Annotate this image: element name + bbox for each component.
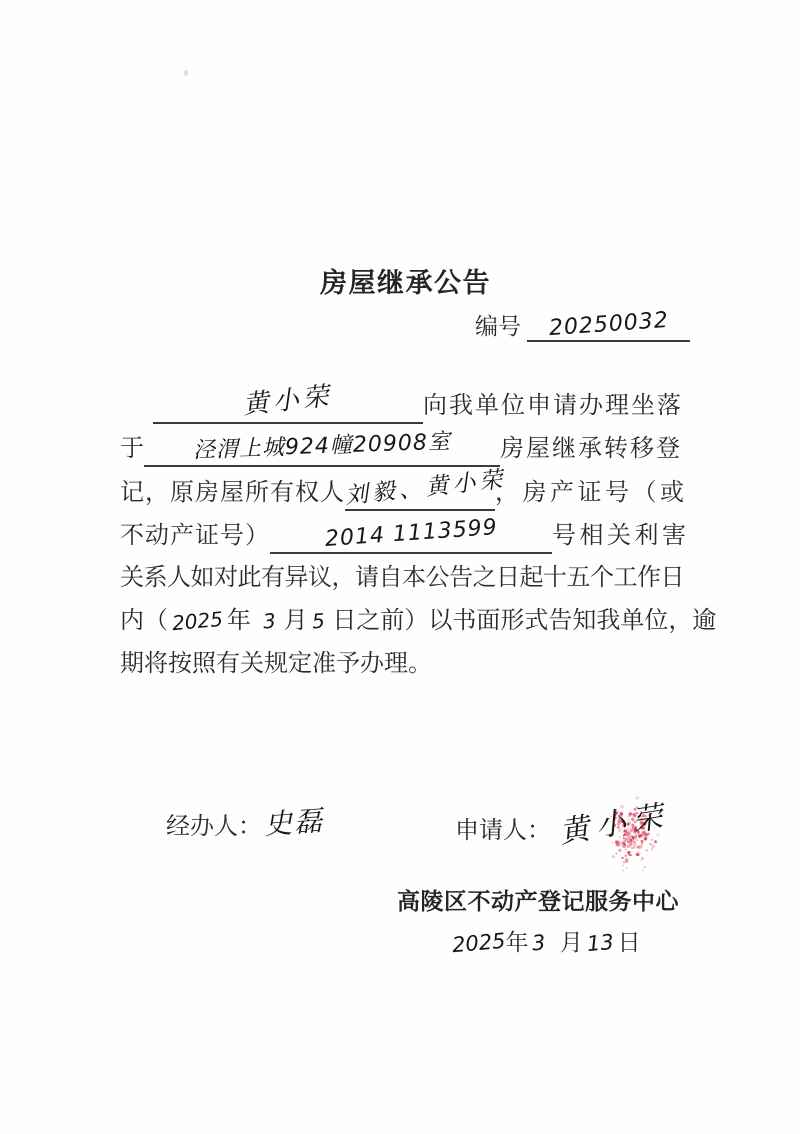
deadline-day-handwritten: 5 <box>310 603 326 640</box>
handler-signature-handwritten: 史磊 <box>263 799 326 843</box>
applicant-name-handwritten: 黄小荣 <box>241 378 334 423</box>
issue-month-label: 月 <box>560 929 583 955</box>
applicant-signature-handwritten: 黄小荣 <box>556 791 673 852</box>
body-line-4-suffix: 号相关利害 <box>552 522 690 549</box>
body-line-5: 关系人如对此有异议，请自本公告之日起十五个工作日 <box>120 560 684 596</box>
issue-month-handwritten: 3 <box>531 926 547 959</box>
deadline-month-label: 月 <box>284 607 308 634</box>
scanned-document-page: 房屋继承公告 编号 20250032 黄小荣向我单位申请办理坐落 于泾渭上城92… <box>0 0 800 1134</box>
handler-label: 经办人： <box>166 813 262 840</box>
issue-day-label: 日 <box>618 929 641 955</box>
owners-handwritten: 刘毅、黄小荣 <box>343 462 508 515</box>
deadline-year-handwritten: 2025 <box>171 601 225 641</box>
address-underline: 泾渭上城924幢20908室 <box>144 429 500 467</box>
body-line-3: 记，原房屋所有权人刘毅、黄小荣，房产证号（或 <box>120 473 688 509</box>
body-line-7: 期将按照有关规定准予办理。 <box>120 646 432 682</box>
body-line-6-suffix: 日之前）以书面形式告知我单位，逾 <box>332 607 716 634</box>
deadline-month-handwritten: 3 <box>261 603 277 640</box>
body-line-6-prefix: 内（ <box>120 607 168 634</box>
issue-year-label: 年 <box>505 929 528 955</box>
applicant-name-underline: 黄小荣 <box>153 386 423 424</box>
body-line-2-text: 房屋继承转移登 <box>500 435 682 462</box>
scan-artifact-speck <box>184 70 188 76</box>
body-line-4: 不动产证号）2014 1113599号相关利害 <box>120 516 690 552</box>
body-line-4-prefix: 不动产证号） <box>120 522 270 549</box>
number-underline: 20250032 <box>527 308 690 342</box>
owners-underline: 刘毅、黄小荣 <box>345 473 495 511</box>
body-line-3-suffix: ，房产证号（或 <box>495 479 688 506</box>
deadline-year-label: 年 <box>227 607 251 634</box>
body-line-2: 于泾渭上城924幢20908室房屋继承转移登 <box>120 429 682 465</box>
applicant-signature-row: 申请人：黄小荣 <box>455 803 670 847</box>
number-value-handwritten: 20250032 <box>548 305 670 345</box>
body-line-2-prefix: 于 <box>120 435 144 462</box>
document-title: 房屋继承公告 <box>320 261 491 300</box>
cert-number-handwritten: 2014 1113599 <box>323 510 498 558</box>
issue-day-handwritten: 13 <box>585 926 614 960</box>
address-handwritten: 泾渭上城924幢20908室 <box>192 425 451 470</box>
issue-year-handwritten: 2025 <box>451 925 507 962</box>
number-label: 编号 <box>475 313 521 339</box>
body-line-3-prefix: 记，原房屋所有权人 <box>120 479 345 506</box>
handler-signature-row: 经办人：史磊 <box>166 803 324 843</box>
organization-name: 高陵区不动产登记服务中心 <box>397 883 679 916</box>
cert-number-underline: 2014 1113599 <box>270 516 552 554</box>
body-line-6: 内（2025年3月5日之前）以书面形式告知我单位，逾 <box>120 603 716 639</box>
body-line-1: 黄小荣向我单位申请办理坐落 <box>120 386 683 422</box>
applicant-label: 申请人： <box>455 817 551 844</box>
issue-date-row: 2025年3月13日 <box>452 926 641 958</box>
document-number-row: 编号 20250032 <box>475 308 690 340</box>
body-line-1-text: 向我单位申请办理坐落 <box>423 392 683 419</box>
